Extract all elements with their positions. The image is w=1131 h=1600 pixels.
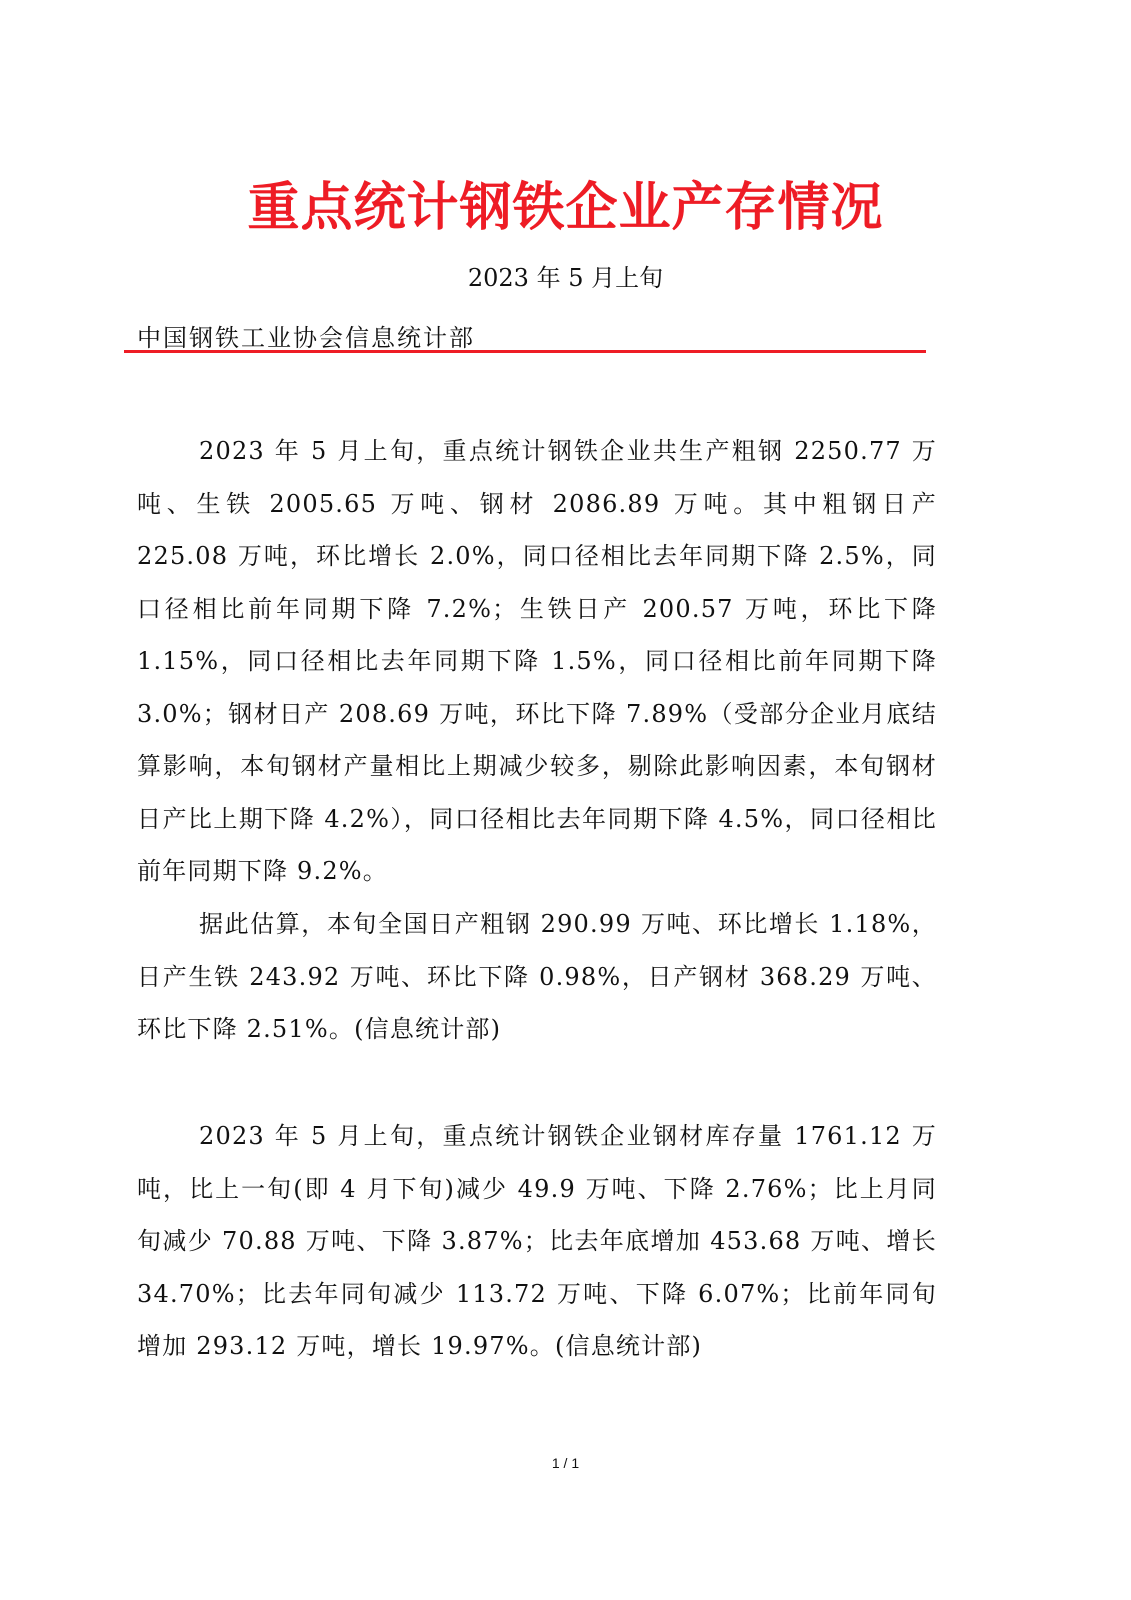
document-page: 重点统计钢铁企业产存情况 2023 年 5 月上旬 中国钢铁工业协会信息统计部 … (0, 0, 1131, 1600)
document-date: 2023 年 5 月上旬 (0, 262, 1131, 294)
issuing-organization: 中国钢铁工业协会信息统计部 (137, 323, 475, 353)
paragraph-national-estimate: 据此估算，本旬全国日产粗钢 290.99 万吨、环比增长 1.18%，日产生铁 … (137, 898, 937, 1056)
page-number: 1 / 1 (0, 1454, 1131, 1472)
header-divider (124, 350, 926, 353)
document-title: 重点统计钢铁企业产存情况 (0, 176, 1131, 240)
paragraph-inventory: 2023 年 5 月上旬，重点统计钢铁企业钢材库存量 1761.12 万吨，比上… (137, 1110, 937, 1373)
paragraph-production: 2023 年 5 月上旬，重点统计钢铁企业共生产粗钢 2250.77 万吨、生铁… (137, 425, 937, 898)
